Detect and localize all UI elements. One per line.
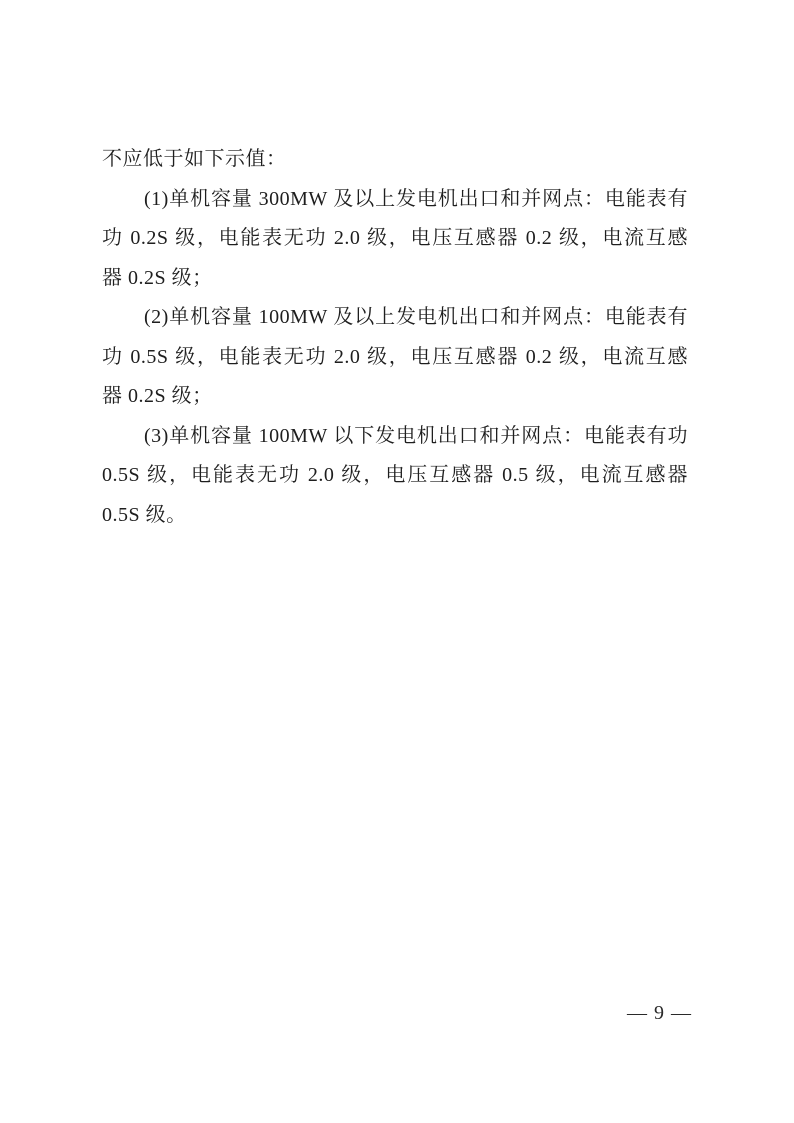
text-line: 功 0.5S 级，电能表无功 2.0 级，电压互感器 0.2 级，电流互感 [102, 338, 688, 378]
page-footer: — 9 — [627, 1002, 692, 1025]
text-line: (2)单机容量 100MW 及以上发电机出口和并网点：电能表有 [102, 298, 688, 338]
text-line: (3)单机容量 100MW 以下发电机出口和并网点：电能表有功 [102, 417, 688, 457]
page-number: — 9 — [627, 1002, 692, 1024]
text-line: 0.5S 级。 [102, 496, 688, 536]
text-line: 功 0.2S 级，电能表无功 2.0 级，电压互感器 0.2 级，电流互感 [102, 219, 688, 259]
text-line: 不应低于如下示值： [102, 140, 688, 180]
document-page: 不应低于如下示值：(1)单机容量 300MW 及以上发电机出口和并网点：电能表有… [0, 0, 794, 1123]
document-body: 不应低于如下示值：(1)单机容量 300MW 及以上发电机出口和并网点：电能表有… [102, 140, 688, 535]
text-line: 器 0.2S 级； [102, 259, 688, 299]
text-line: 器 0.2S 级； [102, 377, 688, 417]
text-line: (1)单机容量 300MW 及以上发电机出口和并网点：电能表有 [102, 180, 688, 220]
text-line: 0.5S 级，电能表无功 2.0 级，电压互感器 0.5 级，电流互感器 [102, 456, 688, 496]
